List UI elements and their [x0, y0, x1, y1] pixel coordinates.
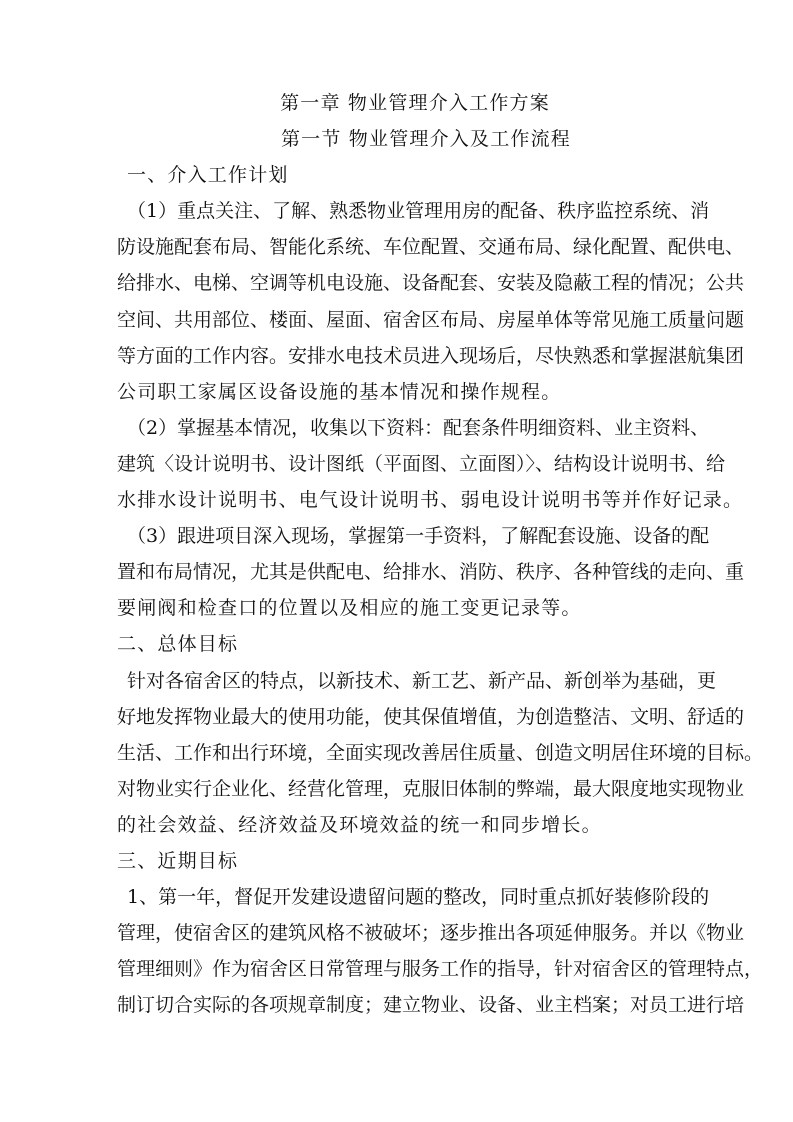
paragraph-line: 置和布局情况，尤其是供配电、给排水、消防、秩序、各种管线的走向、重: [117, 554, 709, 590]
paragraph-line: 给排水、电梯、空调等机电设施、设备配套、安装及隐蔽工程的情况；公共: [117, 265, 709, 301]
paragraph-line: 对物业实行企业化、经营化管理，克服旧体制的弊端，最大限度地实现物业: [117, 771, 709, 807]
paragraph-line: （3）跟进项目深入现场，掌握第一手资料，了解配套设施、设备的配: [117, 518, 709, 554]
paragraph-1: （1）重点关注、了解、熟悉物业管理用房的配备、秩序监控系统、消 防设施配套布局、…: [117, 193, 709, 410]
paragraph-line: 1、第一年，督促开发建设遗留问题的整改，同时重点抓好装修阶段的: [117, 879, 709, 915]
document-page: 第一章 物业管理介入工作方案 第一节 物业管理介入及工作流程 一、介入工作计划 …: [0, 0, 793, 1122]
paragraph-2: （2）掌握基本情况，收集以下资料：配套条件明细资料、业主资料、 建筑〈设计说明书…: [117, 410, 709, 518]
paragraph-line: 防设施配套布局、智能化系统、车位配置、交通布局、绿化配置、配供电、: [117, 229, 709, 265]
paragraph-3: （3）跟进项目深入现场，掌握第一手资料，了解配套设施、设备的配 置和布局情况，尤…: [117, 518, 709, 626]
paragraph-line: 建筑〈设计说明书、设计图纸（平面图、立面图）〉、结构设计说明书、给: [117, 446, 709, 482]
heading-short-term-goal: 三、近期目标: [117, 843, 709, 879]
paragraph-line: （1）重点关注、了解、熟悉物业管理用房的配备、秩序监控系统、消: [117, 193, 709, 229]
paragraph-line: 制订切合实际的各项规章制度；建立物业、设备、业主档案；对员工进行培: [117, 987, 709, 1023]
paragraph-line: 管理，使宿舍区的建筑风格不被破坏；逐步推出各项延伸服务。并以《物业: [117, 915, 709, 951]
paragraph-line: 公司职工家属区设备设施的基本情况和操作规程。: [117, 374, 709, 410]
paragraph-line: 要闸阀和检查口的位置以及相应的施工变更记录等。: [117, 590, 709, 626]
paragraph-5: 1、第一年，督促开发建设遗留问题的整改，同时重点抓好装修阶段的 管理，使宿舍区的…: [117, 879, 709, 1023]
paragraph-line: 好地发挥物业最大的使用功能，使其保值增值，为创造整洁、文明、舒适的: [117, 699, 709, 735]
paragraph-line: 空间、共用部位、楼面、屋面、宿舍区布局、房屋单体等常见施工质量问题: [117, 302, 709, 338]
paragraph-line: （2）掌握基本情况，收集以下资料：配套条件明细资料、业主资料、: [117, 410, 709, 446]
section-title: 第一节 物业管理介入及工作流程: [117, 121, 709, 157]
heading-overall-goal: 二、总体目标: [117, 626, 709, 662]
paragraph-line: 生活、工作和出行环境，全面实现改善居住质量、创造文明居住环境的目标。: [117, 735, 709, 771]
paragraph-line: 针对各宿舍区的特点，以新技术、新工艺、新产品、新创举为基础，更: [117, 663, 709, 699]
paragraph-line: 管理细则》作为宿舍区日常管理与服务工作的指导，针对宿舍区的管理特点，: [117, 951, 709, 987]
paragraph-4: 针对各宿舍区的特点，以新技术、新工艺、新产品、新创举为基础，更 好地发挥物业最大…: [117, 663, 709, 843]
paragraph-line: 等方面的工作内容。安排水电技术员进入现场后，尽快熟悉和掌握湛航集团: [117, 338, 709, 374]
paragraph-line: 的社会效益、经济效益及环境效益的统一和同步增长。: [117, 807, 709, 843]
chapter-title: 第一章 物业管理介入工作方案: [117, 85, 709, 121]
document-body: 第一章 物业管理介入工作方案 第一节 物业管理介入及工作流程 一、介入工作计划 …: [117, 85, 709, 1023]
heading-intervention-plan: 一、介入工作计划: [117, 157, 709, 193]
paragraph-line: 水排水设计说明书、电气设计说明书、弱电设计说明书等并作好记录。: [117, 482, 709, 518]
